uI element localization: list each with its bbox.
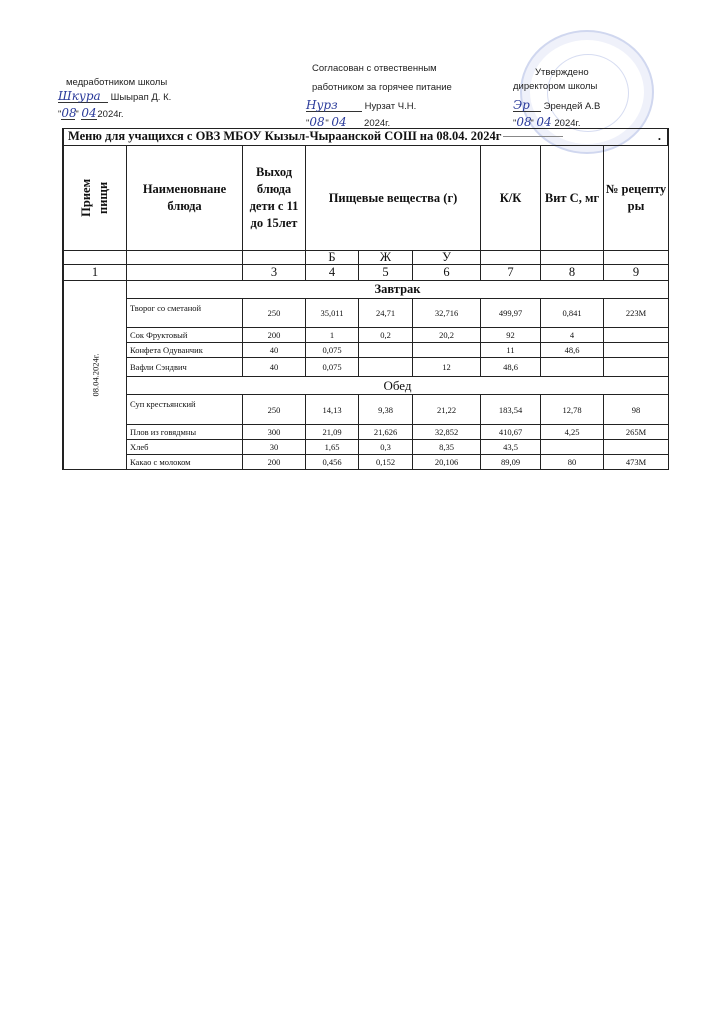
cell-text: Сок Фруктовый [130,330,187,340]
table-row-cell: 12,78 [540,394,604,425]
table-row-cell: 200 [242,327,306,343]
cell-text: 48,6 [565,345,580,355]
table-row-cell: 43,5 [480,439,541,455]
header-recipe: № рецепту ры [603,145,669,251]
table-row-cell: 0,456 [305,454,359,470]
cell-text: 8,35 [439,442,454,452]
cell-text: 11 [506,345,514,355]
table-row-cell [603,342,669,358]
subheader-cell: Б [305,250,359,265]
approval-medical-sign-line: Шкура Шыырап Д. К. [58,90,171,103]
table-row-cell: 4 [540,327,604,343]
table-row-cell: 40 [242,342,306,358]
cell-text: 200 [268,330,281,340]
subheader-cell [603,250,669,265]
cell-text: 12 [442,362,451,372]
cell-text: Суп крестьянский [130,399,196,409]
subheader-cell [126,250,243,265]
table-row-cell [412,342,481,358]
table-row-cell: 300 [242,424,306,440]
cell-text: 6 [443,265,449,280]
cell-text: 0,075 [322,362,341,372]
cell-text: 92 [506,330,515,340]
cell-text: 8 [569,265,575,280]
table-row-cell [603,327,669,343]
table-row-cell: 98 [603,394,669,425]
cell-text: 0,2 [380,330,391,340]
table-row-cell [358,342,413,358]
cell-text: 80 [568,457,577,467]
table-row-cell: 32,716 [412,298,481,328]
table-row-cell [540,439,604,455]
column-number: 9 [603,264,669,281]
date-column: 08.04.2024г. [63,280,127,470]
header-meal-text: Прием пищи [78,168,112,228]
column-number: 4 [305,264,359,281]
table-row-cell: 265М [603,424,669,440]
menu-title: Меню для учащихся с ОВЗ МБОУ Кызыл-Чыраа… [63,128,668,145]
table-row-cell: 80 [540,454,604,470]
table-row-cell [358,357,413,377]
table-row-cell: 0,3 [358,439,413,455]
column-number: 8 [540,264,604,281]
cell-text: Творог со сметаной [130,303,201,313]
cell-text: Конфета Одуванчик [130,345,203,355]
table-row-cell: 21,626 [358,424,413,440]
cell-text: 48,6 [503,362,518,372]
cell-text: 223М [626,308,646,318]
table-row-cell [603,357,669,377]
table-row-cell: 499,97 [480,298,541,328]
subheader-cell [480,250,541,265]
table-row-cell: 89,09 [480,454,541,470]
table-row-cell: 12 [412,357,481,377]
table-row-cell: Вафли Сэндвич [126,357,243,377]
table-row-cell: 1 [305,327,359,343]
cell-text: 4 [570,330,574,340]
approval-medical-name: Шыырап Д. К. [111,92,172,103]
cell-text: 12,78 [562,405,581,415]
table-row-cell: 35,011 [305,298,359,328]
cell-text: 14,13 [322,405,341,415]
cell-text: 183,54 [499,405,522,415]
header-kk: К/К [480,145,541,251]
table-row-cell: 0,075 [305,342,359,358]
column-number: 6 [412,264,481,281]
signature: Нурз [306,99,362,112]
approval-director-sign-line: Эр Эрендей А.В [513,99,600,112]
cell-text: 32,852 [435,427,458,437]
cell-text: 4,25 [565,427,580,437]
section-breakfast: Завтрак [126,280,669,299]
table-row-cell: Плов из говядмны [126,424,243,440]
table-row-cell: 250 [242,394,306,425]
cell-text: 89,09 [501,457,520,467]
section-lunch: Обед [126,376,669,395]
cell-text: 1 [92,265,98,280]
table-row-cell: 0,152 [358,454,413,470]
cell-text: 4 [329,265,335,280]
approval-catering-line1: Согласован с отвественным [312,64,437,74]
approval-director-name: Эрендей А.В [544,101,601,112]
approval-catering-line2: работником за горячее питание [312,83,452,93]
column-number: 3 [242,264,306,281]
column-number: 1 [63,264,127,281]
table-row-cell: 32,852 [412,424,481,440]
cell-text: 9,38 [378,405,393,415]
cell-text: 98 [632,405,641,415]
cell-text: 7 [507,265,513,280]
approval-director-line2: директором школы [513,82,597,92]
cell-text: Хлеб [130,442,148,452]
cell-text: Вафли Сэндвич [130,362,187,372]
table-row-cell: 21,09 [305,424,359,440]
cell-text: 9 [633,265,639,280]
table-row-cell: 410,67 [480,424,541,440]
cell-text: 20,106 [435,457,458,467]
subheader-cell: Ж [358,250,413,265]
cell-text: № рецепту ры [604,181,668,215]
subheader-cell [242,250,306,265]
table-row-cell: 183,54 [480,394,541,425]
table-row-cell: Творог со сметаной [126,298,243,328]
cell-text: 21,09 [322,427,341,437]
table-row-cell: 1,65 [305,439,359,455]
column-number: 7 [480,264,541,281]
cell-text: 40 [270,345,279,355]
cell-text: Б [328,250,335,265]
cell-text: 0,152 [376,457,395,467]
cell-text: Завтрак [375,281,421,298]
cell-text: Какао с молоком [130,457,191,467]
cell-text: 40 [270,362,279,372]
approval-director-line1: Утверждено [535,68,589,78]
approval-medical-date: "08" 042024г. [58,107,123,120]
cell-text: Плов из говядмны [130,427,196,437]
cell-text: 32,716 [435,308,458,318]
table-row-cell: 11 [480,342,541,358]
table-row-cell: Конфета Одуванчик [126,342,243,358]
table-row-cell: 0,2 [358,327,413,343]
signature: Шкура [58,90,108,103]
cell-text: 473М [626,457,646,467]
cell-text: 0,3 [380,442,391,452]
approval-catering-name: Нурзат Ч.Н. [365,101,417,112]
table-row-cell: 40 [242,357,306,377]
subheader-cell [63,250,127,265]
cell-text: 30 [270,442,279,452]
header-dish: Наименовнане блюда [126,145,243,251]
header-nutrients: Пищевые вещества (г) [305,145,481,251]
table-row-cell: 4,25 [540,424,604,440]
cell-text: 300 [268,427,281,437]
column-number [126,264,243,281]
subheader-cell [540,250,604,265]
table-row-cell: 250 [242,298,306,328]
cell-text: 3 [271,265,277,280]
table-row-cell: 0,075 [305,357,359,377]
header-output: Выход блюда дети с 11 до 15лет [242,145,306,251]
cell-text: 250 [268,308,281,318]
table-row-cell [540,357,604,377]
signature: Эр [513,99,541,112]
cell-text: Ж [380,250,391,265]
table-row-cell: 20,2 [412,327,481,343]
table-row-cell: 0,841 [540,298,604,328]
table-row-cell: 92 [480,327,541,343]
table-row-cell: Какао с молоком [126,454,243,470]
cell-text: Вит С, мг [545,190,599,207]
cell-text: 0,456 [322,457,341,467]
cell-text: Выход блюда дети с 11 до 15лет [243,164,305,232]
table-row-cell: 473М [603,454,669,470]
table-row-cell: 14,13 [305,394,359,425]
cell-text: 1,65 [325,442,340,452]
table-row-cell: 30 [242,439,306,455]
table-row-cell: 20,106 [412,454,481,470]
cell-text: 24,71 [376,308,395,318]
header-vitc: Вит С, мг [540,145,604,251]
cell-text: 35,011 [320,308,343,318]
approval-medical-role: медработником школы [66,78,167,88]
table-row-cell: 24,71 [358,298,413,328]
header-meal: Прием пищи [63,145,127,251]
subheader-cell: У [412,250,481,265]
cell-text: 499,97 [499,308,522,318]
table-row-cell: 9,38 [358,394,413,425]
table-row-cell [603,439,669,455]
table-row-cell: 200 [242,454,306,470]
table-row-cell: 48,6 [480,357,541,377]
cell-text: 200 [268,457,281,467]
cell-text: 5 [382,265,388,280]
table-row-cell: Сок Фруктовый [126,327,243,343]
cell-text: 1 [330,330,334,340]
table-row-cell: 223М [603,298,669,328]
approval-catering-sign-line: Нурз Нурзат Ч.Н. [306,99,416,112]
table-row-cell: Хлеб [126,439,243,455]
cell-text: 250 [268,405,281,415]
cell-text: 265М [626,427,646,437]
table-row-cell: 8,35 [412,439,481,455]
cell-text: 0,841 [562,308,581,318]
cell-text: 43,5 [503,442,518,452]
table-row-cell: Суп крестьянский [126,394,243,425]
table-row-cell: 48,6 [540,342,604,358]
cell-text: Пищевые вещества (г) [329,190,458,207]
cell-text: 21,626 [374,427,397,437]
cell-text: У [442,250,451,265]
cell-text: К/К [500,190,522,207]
cell-text: 0,075 [322,345,341,355]
cell-text: Наименовнане блюда [127,181,242,215]
table-row-cell: 21,22 [412,394,481,425]
date-label: 08.04.2024г. [90,354,100,397]
cell-text: 21,22 [437,405,456,415]
column-number: 5 [358,264,413,281]
cell-text: 410,67 [499,427,522,437]
cell-text: Обед [383,377,411,395]
cell-text: 20,2 [439,330,454,340]
